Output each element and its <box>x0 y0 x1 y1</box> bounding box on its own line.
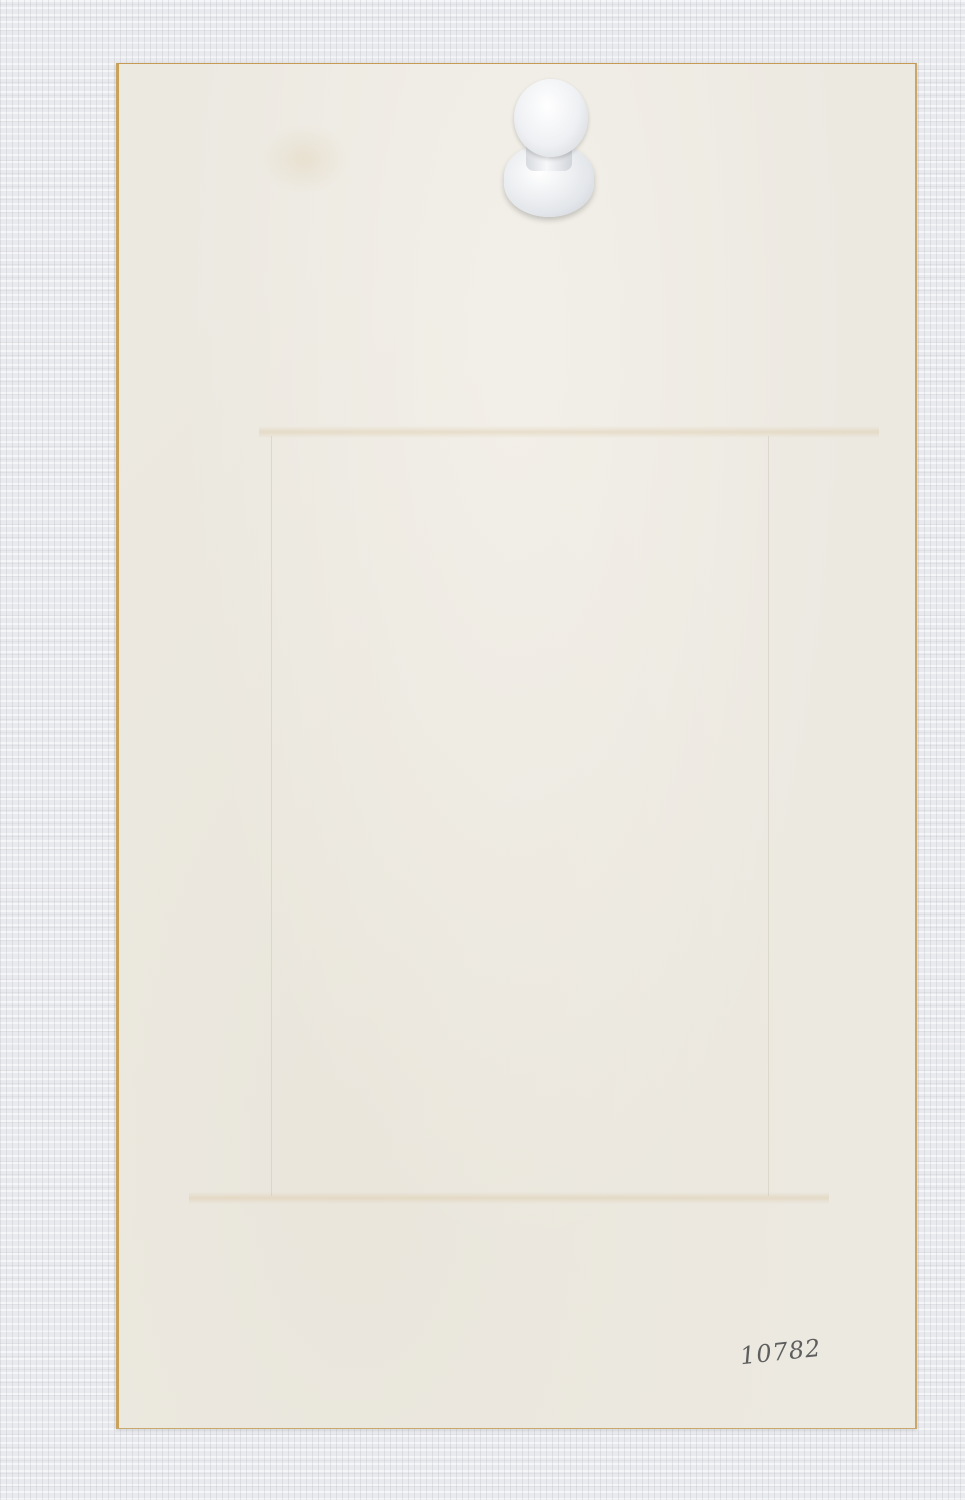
plate-mark-bottom-foxing <box>189 1192 829 1204</box>
paper-sheet <box>116 63 917 1429</box>
pushpin <box>500 75 600 220</box>
plate-mark-impression <box>271 436 769 1196</box>
pushpin-head <box>514 79 588 157</box>
paper-stain <box>259 124 349 194</box>
